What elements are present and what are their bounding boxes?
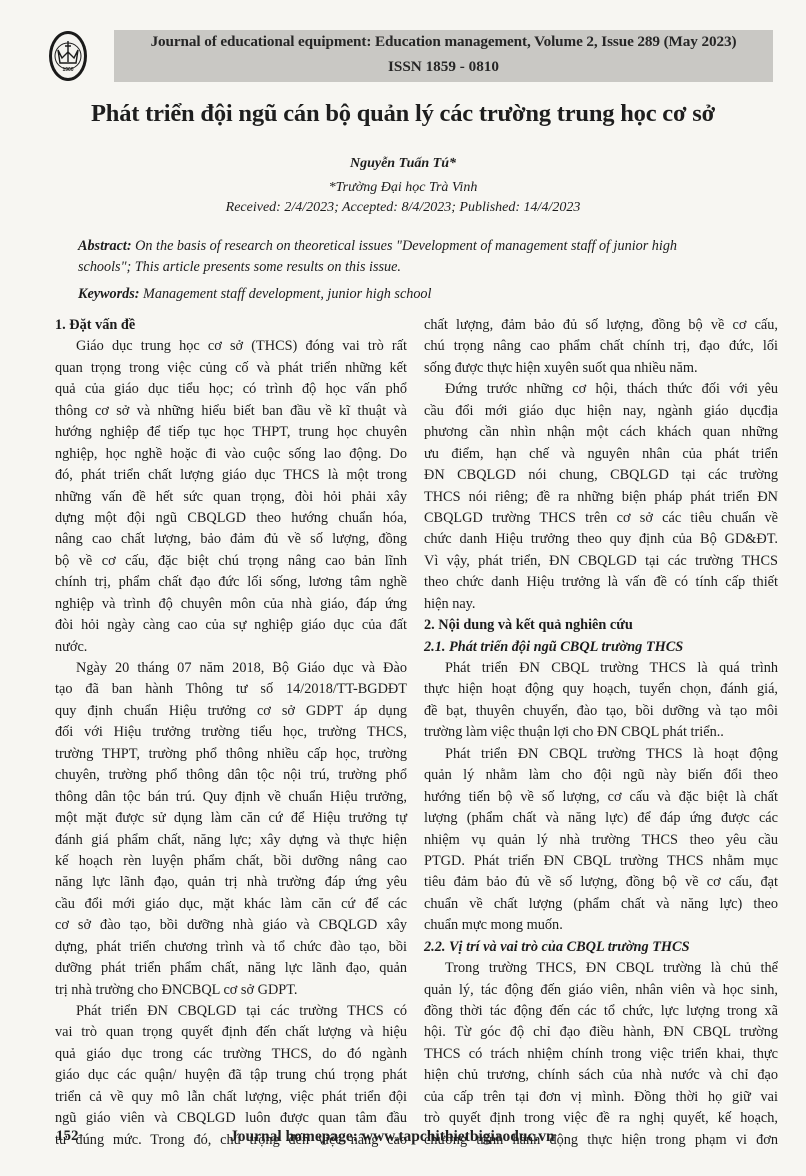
body-text-line: vai trò quan trọng quyết định đến chất l… (55, 1022, 407, 1043)
svg-text:1960: 1960 (62, 67, 73, 73)
page-number: 152 (56, 1128, 79, 1145)
body-text-line: Vì vậy, phát triển, ĐN CBQLGD tại các tr… (424, 551, 778, 572)
body-text-line: đề bạt, thuyên chuyển, đào tạo, bồi dưỡn… (424, 701, 778, 722)
body-text-line: quy định chuẩn Hiệu trưởng cơ sở GDPT áp… (55, 701, 407, 722)
crown-star-emblem-icon: 1960 (52, 34, 84, 78)
body-text-line: cơ sở đào tạo, bồi dưỡng nhà giáo và CBQ… (55, 915, 407, 936)
keywords-label: Keywords: (78, 286, 139, 302)
body-text-line: ngũ giáo viên và CBQLGD luôn được quan t… (55, 1108, 407, 1129)
body-text-line: hướng nghiệp để tiếp tục học THPT, trung… (55, 422, 407, 443)
body-text-line: phương cần nhìn nhận một cách khách quan… (424, 422, 778, 443)
body-text-line: sống được thực hiện xuyên suốt qua nhiều… (424, 358, 778, 379)
body-text-line: hiện chủ trương, chính sách của nhà nước… (424, 1065, 778, 1086)
body-text-line: đánh giá phẩm chất, năng lực; xây dựng v… (55, 830, 407, 851)
body-text-line: chuẩn về chất lượng (phẩm chất và năng l… (424, 894, 778, 915)
body-text-line: thực hiện hoạt động quy hoạch, tuyển chọ… (424, 679, 778, 700)
body-text-line: nhiệm vụ quản lý nhà trường THCS theo yê… (424, 830, 778, 851)
paragraph-start-line: Giáo dục trung học cơ sở (THCS) đóng vai… (55, 336, 407, 357)
body-text-line: hiện nay. (424, 594, 778, 615)
body-text-line: trường THPT, trường phổ thông nhiều cấp … (55, 744, 407, 765)
subsection-heading: 2.2. Vị trí và vai trò của CBQL trường T… (424, 937, 778, 958)
body-text-line: nước. (55, 637, 407, 658)
body-text-line: chuẩn mực mong muốn. (424, 915, 778, 936)
body-text-line: quản lý, tác động đến giáo viên, nhân vi… (424, 980, 778, 1001)
journal-name: Journal of educational equipment: Educat… (114, 33, 773, 51)
body-text-line: thông dân tộc bán trú. Quy định về chuẩn… (55, 787, 407, 808)
paragraph-start-line: Phát triển ĐN CBQL trường THCS là quá tr… (424, 658, 778, 679)
body-text-line: hướng tiến bộ về số lượng, cơ cấu và đặc… (424, 787, 778, 808)
body-text-line: chú trọng nâng cao phẩm chất chính trị, … (424, 336, 778, 357)
section-heading: 1. Đặt vấn đề (55, 315, 407, 336)
body-text-line: ĐN CBQLGD nói chung, CBQLGD tại các trườ… (424, 465, 778, 486)
body-column-right: chất lượng, đảm bảo đủ số lượng, đồng bộ… (424, 315, 778, 1151)
body-text-line: triển cả về quy mô lẫn chất lượng, việc … (55, 1087, 407, 1108)
publication-dates: Received: 2/4/2023; Accepted: 8/4/2023; … (0, 200, 806, 216)
journal-header-banner: Journal of educational equipment: Educat… (114, 30, 773, 82)
section-heading: 2. Nội dung và kết quả nghiên cứu (424, 615, 778, 636)
body-text-line: THCS nói riêng; đề ra những biện pháp ph… (424, 487, 778, 508)
abstract-label: Abstract: (78, 238, 132, 254)
body-text-line: tiêu đảm bảo đủ về số lượng, đồng bộ về … (424, 872, 778, 893)
keywords: Keywords: Management staff development, … (78, 284, 763, 305)
body-text-line: đòi hỏi ngày càng cao của sự nghiệp giáo… (55, 615, 407, 636)
body-text-line: những vấn đề hết sức quan trọng, đòi hỏi… (55, 487, 407, 508)
body-text-line: bộ về cơ cấu, đặc biệt chú trọng nâng ca… (55, 551, 407, 572)
issn: ISSN 1859 - 0810 (114, 58, 773, 76)
body-text-line: kế hoạch rèn luyện phẩm chất, bồi dưỡng … (55, 851, 407, 872)
body-text-line: nâng cao chất lượng, bảo đảm đủ về số lư… (55, 529, 407, 550)
body-text-line: dưỡng phát triển phẩm chất, năng lực lãn… (55, 958, 407, 979)
body-text-line: tạo đã ban hành Thông tư số 14/2018/TT-B… (55, 679, 407, 700)
body-text-line: CBQLGD trường THCS trên cơ sở các tiêu c… (424, 508, 778, 529)
subsection-heading: 2.1. Phát triển đội ngũ CBQL trường THCS (424, 637, 778, 658)
body-text-line: quan trọng trong việc củng cố và phát tr… (55, 358, 407, 379)
paragraph-start-line: Phát triển ĐN CBQLGD tại các trường THCS… (55, 1001, 407, 1022)
author-affiliation: *Trường Đại học Trà Vinh (0, 180, 806, 196)
body-text-line: ưu điểm, hạn chế và nguyên nhân của phát… (424, 444, 778, 465)
body-text-line: theo chức danh Hiệu trưởng là vấn đề có … (424, 572, 778, 593)
abstract: Abstract: On the basis of research on th… (78, 236, 763, 257)
body-text-line: THCS có trách nhiệm chính trong việc tri… (424, 1044, 778, 1065)
journal-logo-icon: 1960 (49, 31, 87, 81)
body-text-line: nghiệp, học nghề hoặc đi vào cuộc sống l… (55, 444, 407, 465)
body-text-line: chức danh Hiệu trưởng theo quy định của … (424, 529, 778, 550)
abstract-text-line2: schools"; This article presents some res… (78, 257, 763, 278)
paragraph-start-line: Đứng trước những cơ hội, thách thức đối … (424, 379, 778, 400)
body-text-line: nghiệp và trình độ chuyên môn của nhà gi… (55, 594, 407, 615)
body-text-line: trị nhà trường cho ĐNCBQL cơ sở GDPT. (55, 980, 407, 1001)
body-column-left: 1. Đặt vấn đềGiáo dục trung học cơ sở (T… (55, 315, 407, 1151)
paragraph-start-line: Phát triển ĐN CBQL trường THCS là hoạt đ… (424, 744, 778, 765)
keywords-text: Management staff development, junior hig… (139, 286, 431, 302)
body-text-line: quả của giáo dục tiểu học; có trình độ h… (55, 379, 407, 400)
body-text-line: chất lượng, đảm bảo đủ số lượng, đồng bộ… (424, 315, 778, 336)
abstract-text-line1: On the basis of research on theoretical … (132, 238, 677, 254)
journal-homepage-link[interactable]: Journal homepage: www.tapchithietbigiaod… (230, 1128, 555, 1146)
paragraph-start-line: Ngày 20 tháng 07 năm 2018, Bộ Giáo dục v… (55, 658, 407, 679)
body-text-line: thông cơ sở và những hiểu biết ban đầu v… (55, 401, 407, 422)
body-text-line: PTGD. Phát triển ĐN CBQL trường THCS nhằ… (424, 851, 778, 872)
paragraph-start-line: Trong trường THCS, ĐN CBQL trường là chủ… (424, 958, 778, 979)
author-name: Nguyễn Tuấn Tú* (0, 156, 806, 172)
body-text-line: một mặt được sử dụng làm căn cứ để Hiệu … (55, 808, 407, 829)
body-text-line: cầu đổi mới giáo dục, mặt khác làm căn c… (55, 894, 407, 915)
body-text-line: dựng, phát triển chương trình và tổ chức… (55, 937, 407, 958)
body-text-line: lượng (phẩm chất và năng lực) để đáp ứng… (424, 808, 778, 829)
abstract-block: Abstract: On the basis of research on th… (78, 236, 763, 305)
body-text-line: đối với Hiệu trưởng trường tiểu học, trư… (55, 722, 407, 743)
body-text-line: đó, phát triển chất lượng giáo dục THCS … (55, 465, 407, 486)
body-text-line: dựng một đội ngũ CBQLGD theo hướng chuẩn… (55, 508, 407, 529)
body-text-line: cầu đổi mới giáo dục hiện nay, ngành giá… (424, 401, 778, 422)
body-text-line: hội. Từ góc độ chỉ đạo điều hành, ĐN CBQ… (424, 1022, 778, 1043)
body-text-line: của cấp trên tại đơn vị mình. Đồng thời … (424, 1087, 778, 1108)
body-text-line: năng lực lãnh đạo, quản trị nhà trường đ… (55, 872, 407, 893)
body-text-line: quản lý nhằm làm cho đội ngũ này biến đổ… (424, 765, 778, 786)
body-text-line: trường làm việc thuận lợi cho ĐN CBQL ph… (424, 722, 778, 743)
body-text-line: chính trị, phẩm chất đạo đức lối sống, l… (55, 572, 407, 593)
article-title: Phát triển đội ngũ cán bộ quản lý các tr… (0, 100, 806, 128)
body-text-line: giáo dục các quận/ huyện đã tập trung ch… (55, 1065, 407, 1086)
body-text-line: chuyên, trường phổ thông dân tộc nội trú… (55, 765, 407, 786)
body-text-line: đồng thời tác động đến các tổ chức, lực … (424, 1001, 778, 1022)
body-text-line: quả giáo dục trong các trường THCS, do đ… (55, 1044, 407, 1065)
body-text-line: trò quyết định trong việc đề ra nghị quy… (424, 1108, 778, 1129)
